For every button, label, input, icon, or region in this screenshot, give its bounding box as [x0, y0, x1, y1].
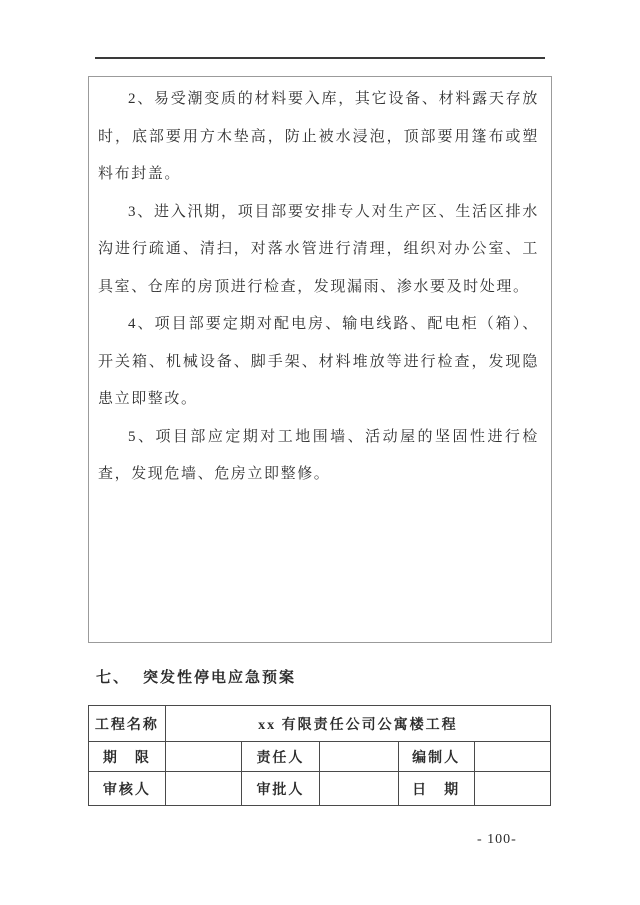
- reviewer-label: 审核人: [89, 772, 166, 806]
- reviewer-value-cell: [165, 772, 242, 806]
- body-paragraph-item-3: 3、进入汛期，项目部要安排专人对生产区、生活区排水沟进行疏通、清扫，对落水管进行…: [98, 194, 539, 307]
- compiler-label: 编制人: [398, 742, 474, 772]
- duration-label: 期 限: [89, 742, 166, 772]
- approver-value-cell: [319, 772, 398, 806]
- responsible-person-label: 责任人: [242, 742, 319, 772]
- table-row-duration: 期 限 责任人 编制人: [89, 742, 551, 772]
- duration-value-cell: [165, 742, 242, 772]
- section-title: 突发性停电应急预案: [143, 670, 296, 686]
- responsible-person-value-cell: [319, 742, 398, 772]
- date-value-cell: [474, 772, 550, 806]
- content-text-box: 2、易受潮变质的材料要入库，其它设备、材料露天存放时，底部要用方木垫高，防止被水…: [88, 76, 552, 643]
- body-paragraph-item-5: 5、项目部应定期对工地围墙、活动屋的坚固性进行检查，发现危墙、危房立即整修。: [98, 419, 539, 494]
- document-page: 2、易受潮变质的材料要入库，其它设备、材料露天存放时，底部要用方木垫高，防止被水…: [0, 0, 640, 905]
- project-name-label: 工程名称: [89, 706, 166, 742]
- table-row-review: 审核人 审批人 日 期: [89, 772, 551, 806]
- signoff-table: 工程名称 xx 有限责任公司公寓楼工程 期 限 责任人 编制人 审核人 审批人 …: [88, 705, 551, 806]
- table-row-project: 工程名称 xx 有限责任公司公寓楼工程: [89, 706, 551, 742]
- body-paragraph-item-4: 4、项目部要定期对配电房、输电线路、配电柜（箱）、开关箱、机械设备、脚手架、材料…: [98, 306, 539, 419]
- page-number: - 100-: [477, 832, 517, 848]
- approver-label: 审批人: [242, 772, 319, 806]
- section-heading: 七、突发性停电应急预案: [96, 666, 296, 687]
- compiler-value-cell: [474, 742, 550, 772]
- date-label: 日 期: [398, 772, 474, 806]
- project-name-value: xx 有限责任公司公寓楼工程: [165, 706, 550, 742]
- header-divider-line: [95, 57, 545, 59]
- section-number: 七、: [96, 670, 130, 686]
- body-paragraph-item-2: 2、易受潮变质的材料要入库，其它设备、材料露天存放时，底部要用方木垫高，防止被水…: [98, 81, 539, 194]
